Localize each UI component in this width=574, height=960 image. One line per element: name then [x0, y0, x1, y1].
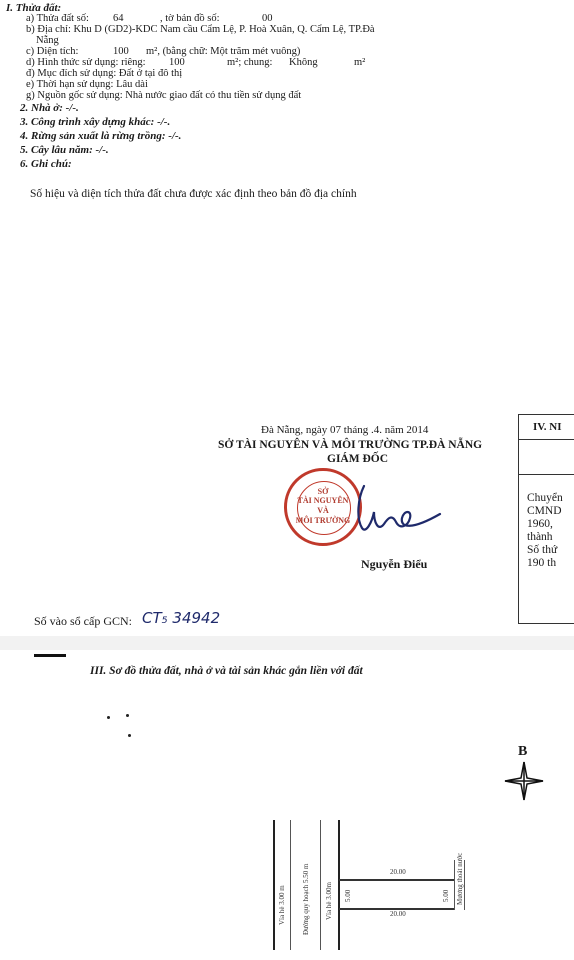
- handwritten-signature: [352, 478, 442, 538]
- section-4-box: IV. NI Chuyển CMND 1960, thành Số thứ 19…: [518, 414, 574, 624]
- usage-term: e) Thời hạn sử dụng: Lâu dài: [26, 79, 148, 90]
- seal-line: SỞ: [287, 487, 359, 496]
- plot-back-line: [454, 860, 455, 910]
- parcel-label: a) Thửa đất số:: [26, 13, 89, 24]
- land-purpose: đ) Mục đích sử dụng: Đất ở tại đô thị: [26, 68, 182, 79]
- box-line: Chuyển: [527, 492, 574, 505]
- road-edge-line: [290, 820, 291, 950]
- section-3-title: III. Sơ đồ thửa đất, nhà ở và tài sản kh…: [90, 665, 363, 677]
- box-line: thành: [527, 531, 574, 544]
- shared-label: m²; chung:: [227, 57, 272, 68]
- dim-top-length: 20.00: [390, 868, 406, 876]
- signer-position: GIÁM ĐỐC: [327, 453, 388, 465]
- label-back-lane: Mương thoát nước: [456, 853, 464, 905]
- plot-back-line: [464, 860, 465, 910]
- page-divider: [0, 636, 574, 650]
- address-continued: Nẵng: [36, 35, 59, 46]
- section-4-text: Chuyển CMND 1960, thành Số thứ 190 th: [519, 475, 574, 570]
- area-value: 100: [113, 46, 129, 57]
- speck: [128, 734, 131, 737]
- map-sheet-number: 00: [262, 13, 273, 24]
- notes-text: Số hiệu và diện tích thửa đất chưa được …: [30, 188, 357, 200]
- label-sidewalk-right: Vỉa hè 3.00m: [325, 882, 333, 920]
- seal-line: MÔI TRƯỜNG: [287, 516, 359, 525]
- seal-line: VÀ: [287, 506, 359, 515]
- address: b) Địa chỉ: Khu D (GD2)-KDC Nam cầu Cẩm …: [26, 24, 375, 35]
- dim-left-width: 5.00: [344, 890, 352, 902]
- shared-area: Không: [289, 57, 318, 68]
- shared-unit: m²: [354, 57, 365, 68]
- item-notes-title: 6. Ghi chú:: [20, 158, 72, 170]
- box-line: 190 th: [527, 557, 574, 570]
- register-number: CT₅ 34942: [142, 609, 220, 627]
- road-edge-line: [320, 820, 321, 950]
- dim-right-width: 5.00: [442, 890, 450, 902]
- speck: [107, 716, 110, 719]
- north-arrow-icon: [503, 760, 545, 802]
- private-area: 100: [169, 57, 185, 68]
- seal-line: TÀI NGUYÊN: [287, 496, 359, 505]
- speck: [126, 714, 129, 717]
- section-4-title: IV. NI: [519, 415, 574, 440]
- item-perennial-trees: 5. Cây lâu năm: -/-.: [20, 144, 109, 156]
- box-line: CMND: [527, 505, 574, 518]
- usage-form-label: d) Hình thức sử dụng: riêng:: [26, 57, 146, 68]
- north-label: B: [518, 744, 527, 760]
- register-label: Số vào sổ cấp GCN:: [34, 614, 132, 629]
- label-road: Đường quy hoạch 5.50 m: [302, 864, 310, 935]
- issuing-agency: SỞ TÀI NGUYÊN VÀ MÔI TRƯỜNG TP.ĐÀ NẴNG: [218, 439, 482, 451]
- label-sidewalk-left: Vỉa hè 3.00 m: [278, 885, 286, 925]
- usage-origin: g) Nguồn gốc sử dụng: Nhà nước giao đất …: [26, 90, 301, 101]
- official-seal: SỞ TÀI NGUYÊN VÀ MÔI TRƯỜNG: [284, 468, 362, 546]
- dash-mark: [34, 654, 66, 657]
- signer-name: Nguyễn Điểu: [361, 557, 427, 572]
- dim-bottom-length: 20.00: [390, 910, 406, 918]
- plot-front-line: [338, 820, 340, 950]
- item-house: 2. Nhà ở: -/-.: [20, 102, 79, 114]
- section-4-subheader: [519, 440, 574, 475]
- box-line: Số thứ: [527, 544, 574, 557]
- parcel-number: 64: [113, 13, 124, 24]
- issue-date: Đà Nẵng, ngày 07 tháng .4. năm 2014: [261, 424, 428, 436]
- road-edge-line: [273, 820, 275, 950]
- item-planted-forest: 4. Rừng sản xuất là rừng trồng: -/-.: [20, 130, 181, 142]
- plot-top-edge: [339, 879, 454, 881]
- map-sheet-label: , tờ bản đồ số:: [160, 13, 220, 24]
- area-label: c) Diện tích:: [26, 46, 78, 57]
- box-line: 1960,: [527, 518, 574, 531]
- area-in-words: m², (bằng chữ: Một trăm mét vuông): [146, 46, 300, 57]
- item-other-construction: 3. Công trình xây dựng khác: -/-.: [20, 116, 170, 128]
